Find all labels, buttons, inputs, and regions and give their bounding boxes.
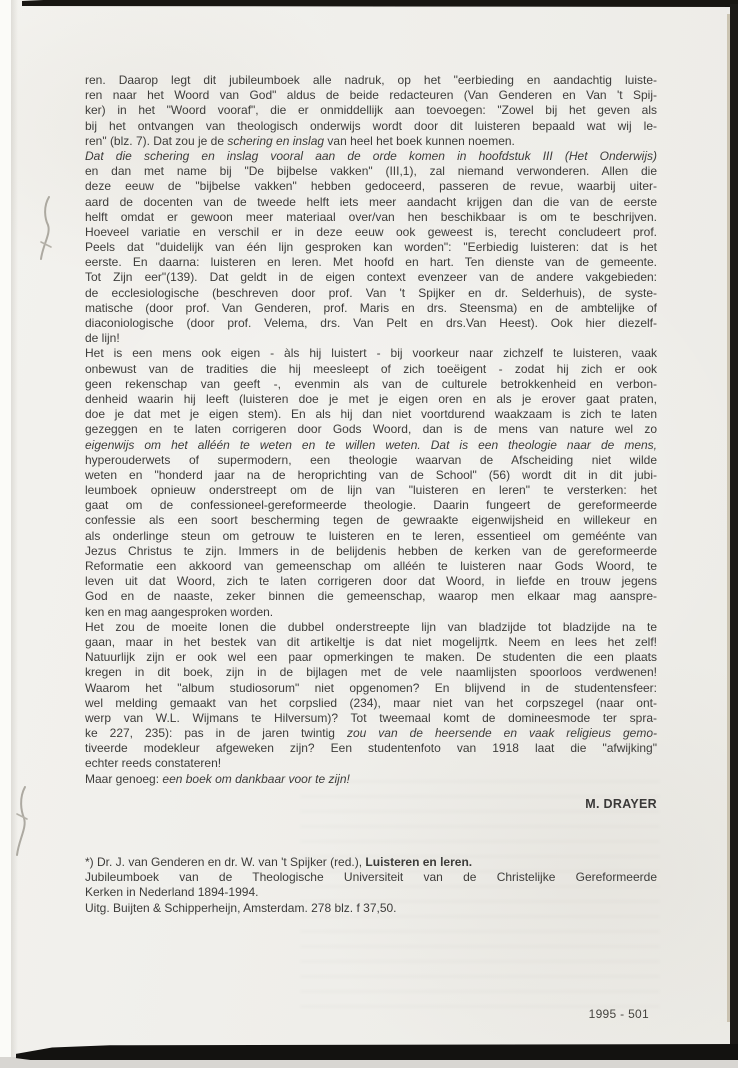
text-segment: deze eeuw de "bijbelse vakken" hebben ge… xyxy=(85,179,657,193)
text-line: Peels dat "duidelijk van één lijn gespro… xyxy=(85,240,657,255)
text-segment: de lijn! xyxy=(85,331,120,345)
text-segment: van heel het boek kunnen noemen. xyxy=(324,134,515,148)
text-line: denheid waarin hij leeft (luisteren doe … xyxy=(85,392,657,407)
text-line: geen rekenschap van geeft -, evenmin als… xyxy=(85,377,657,392)
text-line: leven uit dat Woord, zich te laten corri… xyxy=(85,574,657,589)
text-line: helft omdat er gewoon meer materiaal ove… xyxy=(85,210,657,225)
book-footnote: *) Dr. J. van Genderen en dr. W. van 't … xyxy=(85,855,657,916)
text-segment: Reformatie een akkoord van gemeenschap o… xyxy=(85,559,657,573)
text-line: doe je dat met je eigen stem). En als hi… xyxy=(85,407,657,422)
text-line: wel melding gemaakt van het corpslied (2… xyxy=(85,696,657,711)
text-line: Natuurlijk zijn er ook wel een paar opme… xyxy=(85,650,657,665)
text-line: kregen in dit boek, zijn in de bijlagen … xyxy=(85,665,657,680)
text-line: Jubileumboek van de Theologische Univers… xyxy=(85,870,657,885)
text-segment: Het is een mens ook eigen - àls hij luis… xyxy=(85,346,657,360)
text-segment: Natuurlijk zijn er ook wel een paar opme… xyxy=(85,650,657,664)
text-line: deze eeuw de "bijbelse vakken" hebben ge… xyxy=(85,179,657,194)
text-line: de ecclesiologische (beschreven door pro… xyxy=(85,286,657,301)
text-line: Reformatie een akkoord van gemeenschap o… xyxy=(85,559,657,574)
text-segment: en dan met name bij "De bijbelse vakken"… xyxy=(85,164,657,178)
text-segment: Hoeveel variatie en verschil er in deze … xyxy=(85,225,657,239)
text-line: diaconiologische (door prof. Velema, drs… xyxy=(85,316,657,331)
text-segment: Jezus Christus te zijn. Immers in de bel… xyxy=(85,544,657,558)
text-segment: Tot Zijn eer"(139). Dat geldt in de eige… xyxy=(85,270,657,284)
text-segment: werp van W.L. Wijmans te Hilversum)? Tot… xyxy=(85,711,657,725)
text-line: echter reeds constateren! xyxy=(85,756,657,771)
text-segment: zou van de heersende en vaak religieus g… xyxy=(347,726,657,740)
text-segment: onbewust van de tradities die hij meesle… xyxy=(85,362,657,376)
text-segment: aard de docenten van de tweede helft iet… xyxy=(85,195,657,209)
text-line: ren. Daarop legt dit jubileumboek alle n… xyxy=(85,73,657,88)
text-line: leumboek opnieuw onderstreept om de lijn… xyxy=(85,483,657,498)
text-line: Hoeveel variatie en verschil er in deze … xyxy=(85,225,657,240)
page-left-margin xyxy=(0,0,11,1068)
text-segment: Dat die schering en inslag vooral aan de… xyxy=(85,149,657,163)
text-line: matische (door prof. Van Genderen, prof.… xyxy=(85,301,657,316)
text-line: tiveerde modekleur afgeweken zijn? Een s… xyxy=(85,741,657,756)
review-text: ren. Daarop legt dit jubileumboek alle n… xyxy=(85,73,657,787)
text-line: *) Dr. J. van Genderen en dr. W. van 't … xyxy=(85,855,657,870)
text-segment: schering en inslag xyxy=(227,134,324,148)
text-segment: hyperouderwets of supermodern, een theol… xyxy=(85,453,657,467)
text-line: Uitg. Buijten & Schipperheijn, Amsterdam… xyxy=(85,901,657,916)
text-line: ker) in het "Woord vooraf", die er onmid… xyxy=(85,103,657,118)
text-segment: Luisteren en leren. xyxy=(365,855,472,869)
text-segment: eerste. En daarna: luisteren en leren. M… xyxy=(85,255,657,269)
text-segment: God en de naaste, zeker binnen die gemee… xyxy=(85,589,657,603)
text-segment: echter reeds constateren! xyxy=(85,756,221,770)
text-segment: ker) in het "Woord vooraf", die er onmid… xyxy=(85,103,657,117)
text-segment: Kerken in Nederland 1894-1994. xyxy=(85,885,258,899)
text-line: ke 227, 235): pas in de jaren twintig zo… xyxy=(85,726,657,741)
text-segment: een boek om dankbaar voor te zijn! xyxy=(162,772,349,786)
text-line: Tot Zijn eer"(139). Dat geldt in de eige… xyxy=(85,270,657,285)
text-line: Het zou de moeite lonen die dubbel onder… xyxy=(85,620,657,635)
text-line: als onderlinge steun om getrouw te luist… xyxy=(85,529,657,544)
text-segment: doe je dat met je eigen stem). En als hi… xyxy=(85,407,657,421)
text-segment: tiveerde modekleur afgeweken zijn? Een s… xyxy=(85,741,657,755)
text-line: eigenwijs om het alléén te weten en te w… xyxy=(85,438,657,453)
text-segment: ke 227, 235): pas in de jaren twintig xyxy=(85,726,347,740)
text-line: gaat om de confessioneel-gereformeerde t… xyxy=(85,498,657,513)
text-segment: leven uit dat Woord, zich te laten corri… xyxy=(85,574,657,588)
text-line: gezeggen en te laten corrigeren door God… xyxy=(85,422,657,437)
text-line: ren naar het Woord van God" aldus de bei… xyxy=(85,88,657,103)
text-segment: diaconiologische (door prof. Velema, drs… xyxy=(85,316,657,330)
text-segment: ken en mag aangesproken worden. xyxy=(85,605,273,619)
text-segment: ren" (blz. 7). Dat zou je de xyxy=(85,134,227,148)
text-line: de lijn! xyxy=(85,331,657,346)
text-line: eerste. En daarna: luisteren en leren. M… xyxy=(85,255,657,270)
text-segment: geen rekenschap van geeft -, evenmin als… xyxy=(85,377,657,391)
text-segment: matische (door prof. Van Genderen, prof.… xyxy=(85,301,657,315)
text-segment: confessie als een soort bescherming tege… xyxy=(85,513,657,527)
text-segment: kregen in dit boek, zijn in de bijlagen … xyxy=(85,665,657,679)
page-number: 1995 - 501 xyxy=(85,1007,649,1021)
text-line: gaan, maar in het bestek van dit artikel… xyxy=(85,635,657,650)
text-segment: Uitg. Buijten & Schipperheijn, Amsterdam… xyxy=(85,901,397,915)
text-segment: gaat om de confessioneel-gereformeerde t… xyxy=(85,498,657,512)
scan-right-edge xyxy=(730,4,738,1054)
text-segment: eigenwijs om het alléén te weten en te w… xyxy=(85,438,657,452)
text-line: onbewust van de tradities die hij meesle… xyxy=(85,362,657,377)
text-segment: ren naar het Woord van God" aldus de bei… xyxy=(85,88,657,102)
text-segment: de ecclesiologische (beschreven door pro… xyxy=(85,286,657,300)
text-line: werp van W.L. Wijmans te Hilversum)? Tot… xyxy=(85,711,657,726)
text-line: Waarom het "album studiosorum" niet opge… xyxy=(85,681,657,696)
author-signature: M. DRAYER xyxy=(85,797,657,811)
text-segment: weten en "honderd jaar na de heroprichti… xyxy=(85,468,657,482)
staple-top-icon xyxy=(34,194,60,269)
text-segment: denheid waarin hij leeft (luisteren doe … xyxy=(85,392,657,406)
text-line: Dat die schering en inslag vooral aan de… xyxy=(85,149,657,164)
text-segment: leumboek opnieuw onderstreept om de lijn… xyxy=(85,483,657,497)
text-segment: Peels dat "duidelijk van één lijn gespro… xyxy=(85,240,657,254)
scanned-page: ren. Daarop legt dit jubileumboek alle n… xyxy=(0,0,738,1068)
text-line: hyperouderwets of supermodern, een theol… xyxy=(85,453,657,468)
text-segment: Het zou de moeite lonen die dubbel onder… xyxy=(85,620,657,634)
text-line: bij het ontvangen van theologisch onderw… xyxy=(85,119,657,134)
text-segment: gaan, maar in het bestek van dit artikel… xyxy=(85,635,657,649)
text-segment: ren. Daarop legt dit jubileumboek alle n… xyxy=(85,73,657,87)
text-line: Maar genoeg: een boek om dankbaar voor t… xyxy=(85,772,657,787)
text-line: en dan met name bij "De bijbelse vakken"… xyxy=(85,164,657,179)
text-line: ren" (blz. 7). Dat zou je de schering en… xyxy=(85,134,657,149)
text-segment: bij het ontvangen van theologisch onderw… xyxy=(85,119,657,133)
text-line: confessie als een soort bescherming tege… xyxy=(85,513,657,528)
text-line: Jezus Christus te zijn. Immers in de bel… xyxy=(85,544,657,559)
text-segment: Jubileumboek van de Theologische Univers… xyxy=(85,870,657,884)
text-segment: *) Dr. J. van Genderen en dr. W. van 't … xyxy=(85,855,365,869)
text-line: ken en mag aangesproken worden. xyxy=(85,605,657,620)
text-segment: Maar genoeg: xyxy=(85,772,162,786)
text-segment: helft omdat er gewoon meer materiaal ove… xyxy=(85,210,657,224)
text-segment: als onderlinge steun om getrouw te luist… xyxy=(85,529,657,543)
text-line: Het is een mens ook eigen - àls hij luis… xyxy=(85,346,657,361)
text-segment: wel melding gemaakt van het corpslied (2… xyxy=(85,696,657,710)
text-segment: Waarom het "album studiosorum" niet opge… xyxy=(85,681,657,695)
scan-bottom-edge xyxy=(16,1044,738,1060)
text-line: God en de naaste, zeker binnen die gemee… xyxy=(85,589,657,604)
text-line: aard de docenten van de tweede helft iet… xyxy=(85,195,657,210)
text-line: weten en "honderd jaar na de heroprichti… xyxy=(85,468,657,483)
staple-bottom-icon xyxy=(11,784,37,865)
text-line: Kerken in Nederland 1894-1994. xyxy=(85,885,657,900)
scan-top-edge xyxy=(22,0,738,7)
text-segment: gezeggen en te laten corrigeren door God… xyxy=(85,422,657,436)
